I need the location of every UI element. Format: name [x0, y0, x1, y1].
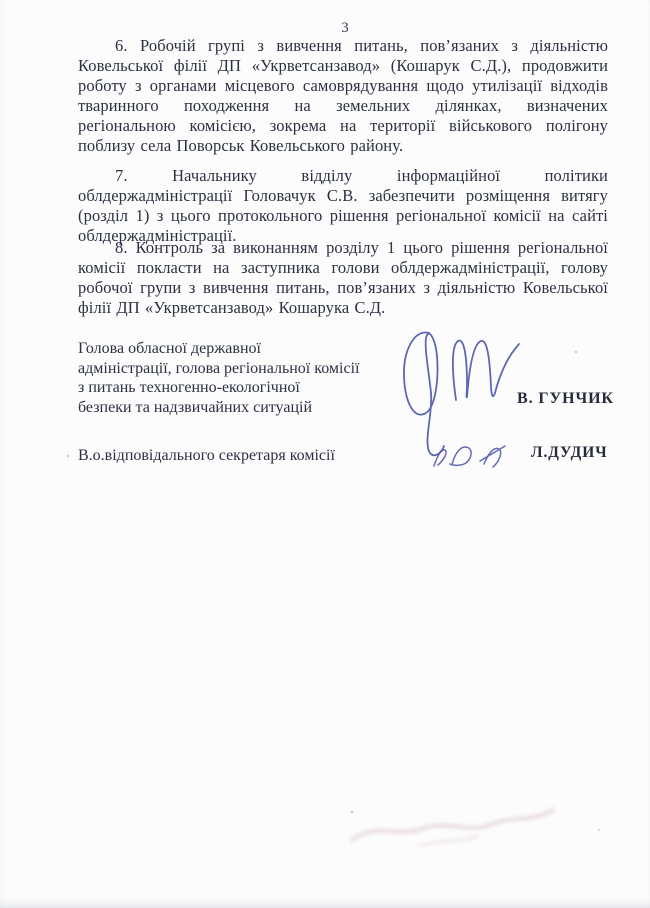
signatory-title-acting-secretary: В.о.відповідального секретаря комісії [78, 447, 335, 465]
paragraph-item-6: 6. Робочій групі з вивчення питань, пов’… [78, 36, 608, 156]
signatory-name-dudych: Л.ДУДИЧ [531, 444, 607, 462]
document-page: 3 6. Робочій групі з вивчення питань, по… [0, 0, 650, 908]
signatory-name-gunchyk: В. ГУНЧИК [517, 390, 614, 408]
signature-dudych [434, 446, 505, 467]
signature-gunchyk [404, 333, 519, 456]
paragraph-item-7: 7. Начальнику відділу інформаційної полі… [78, 166, 608, 246]
page-number: 3 [20, 20, 650, 37]
signatory-title-head-of-administration: Голова обласної державної адміністрації,… [78, 339, 388, 418]
scan-specks [67, 351, 600, 832]
ink-bleed-through [352, 810, 553, 846]
paragraph-item-8: 8. Контроль за виконанням розділу 1 цьог… [78, 238, 608, 318]
